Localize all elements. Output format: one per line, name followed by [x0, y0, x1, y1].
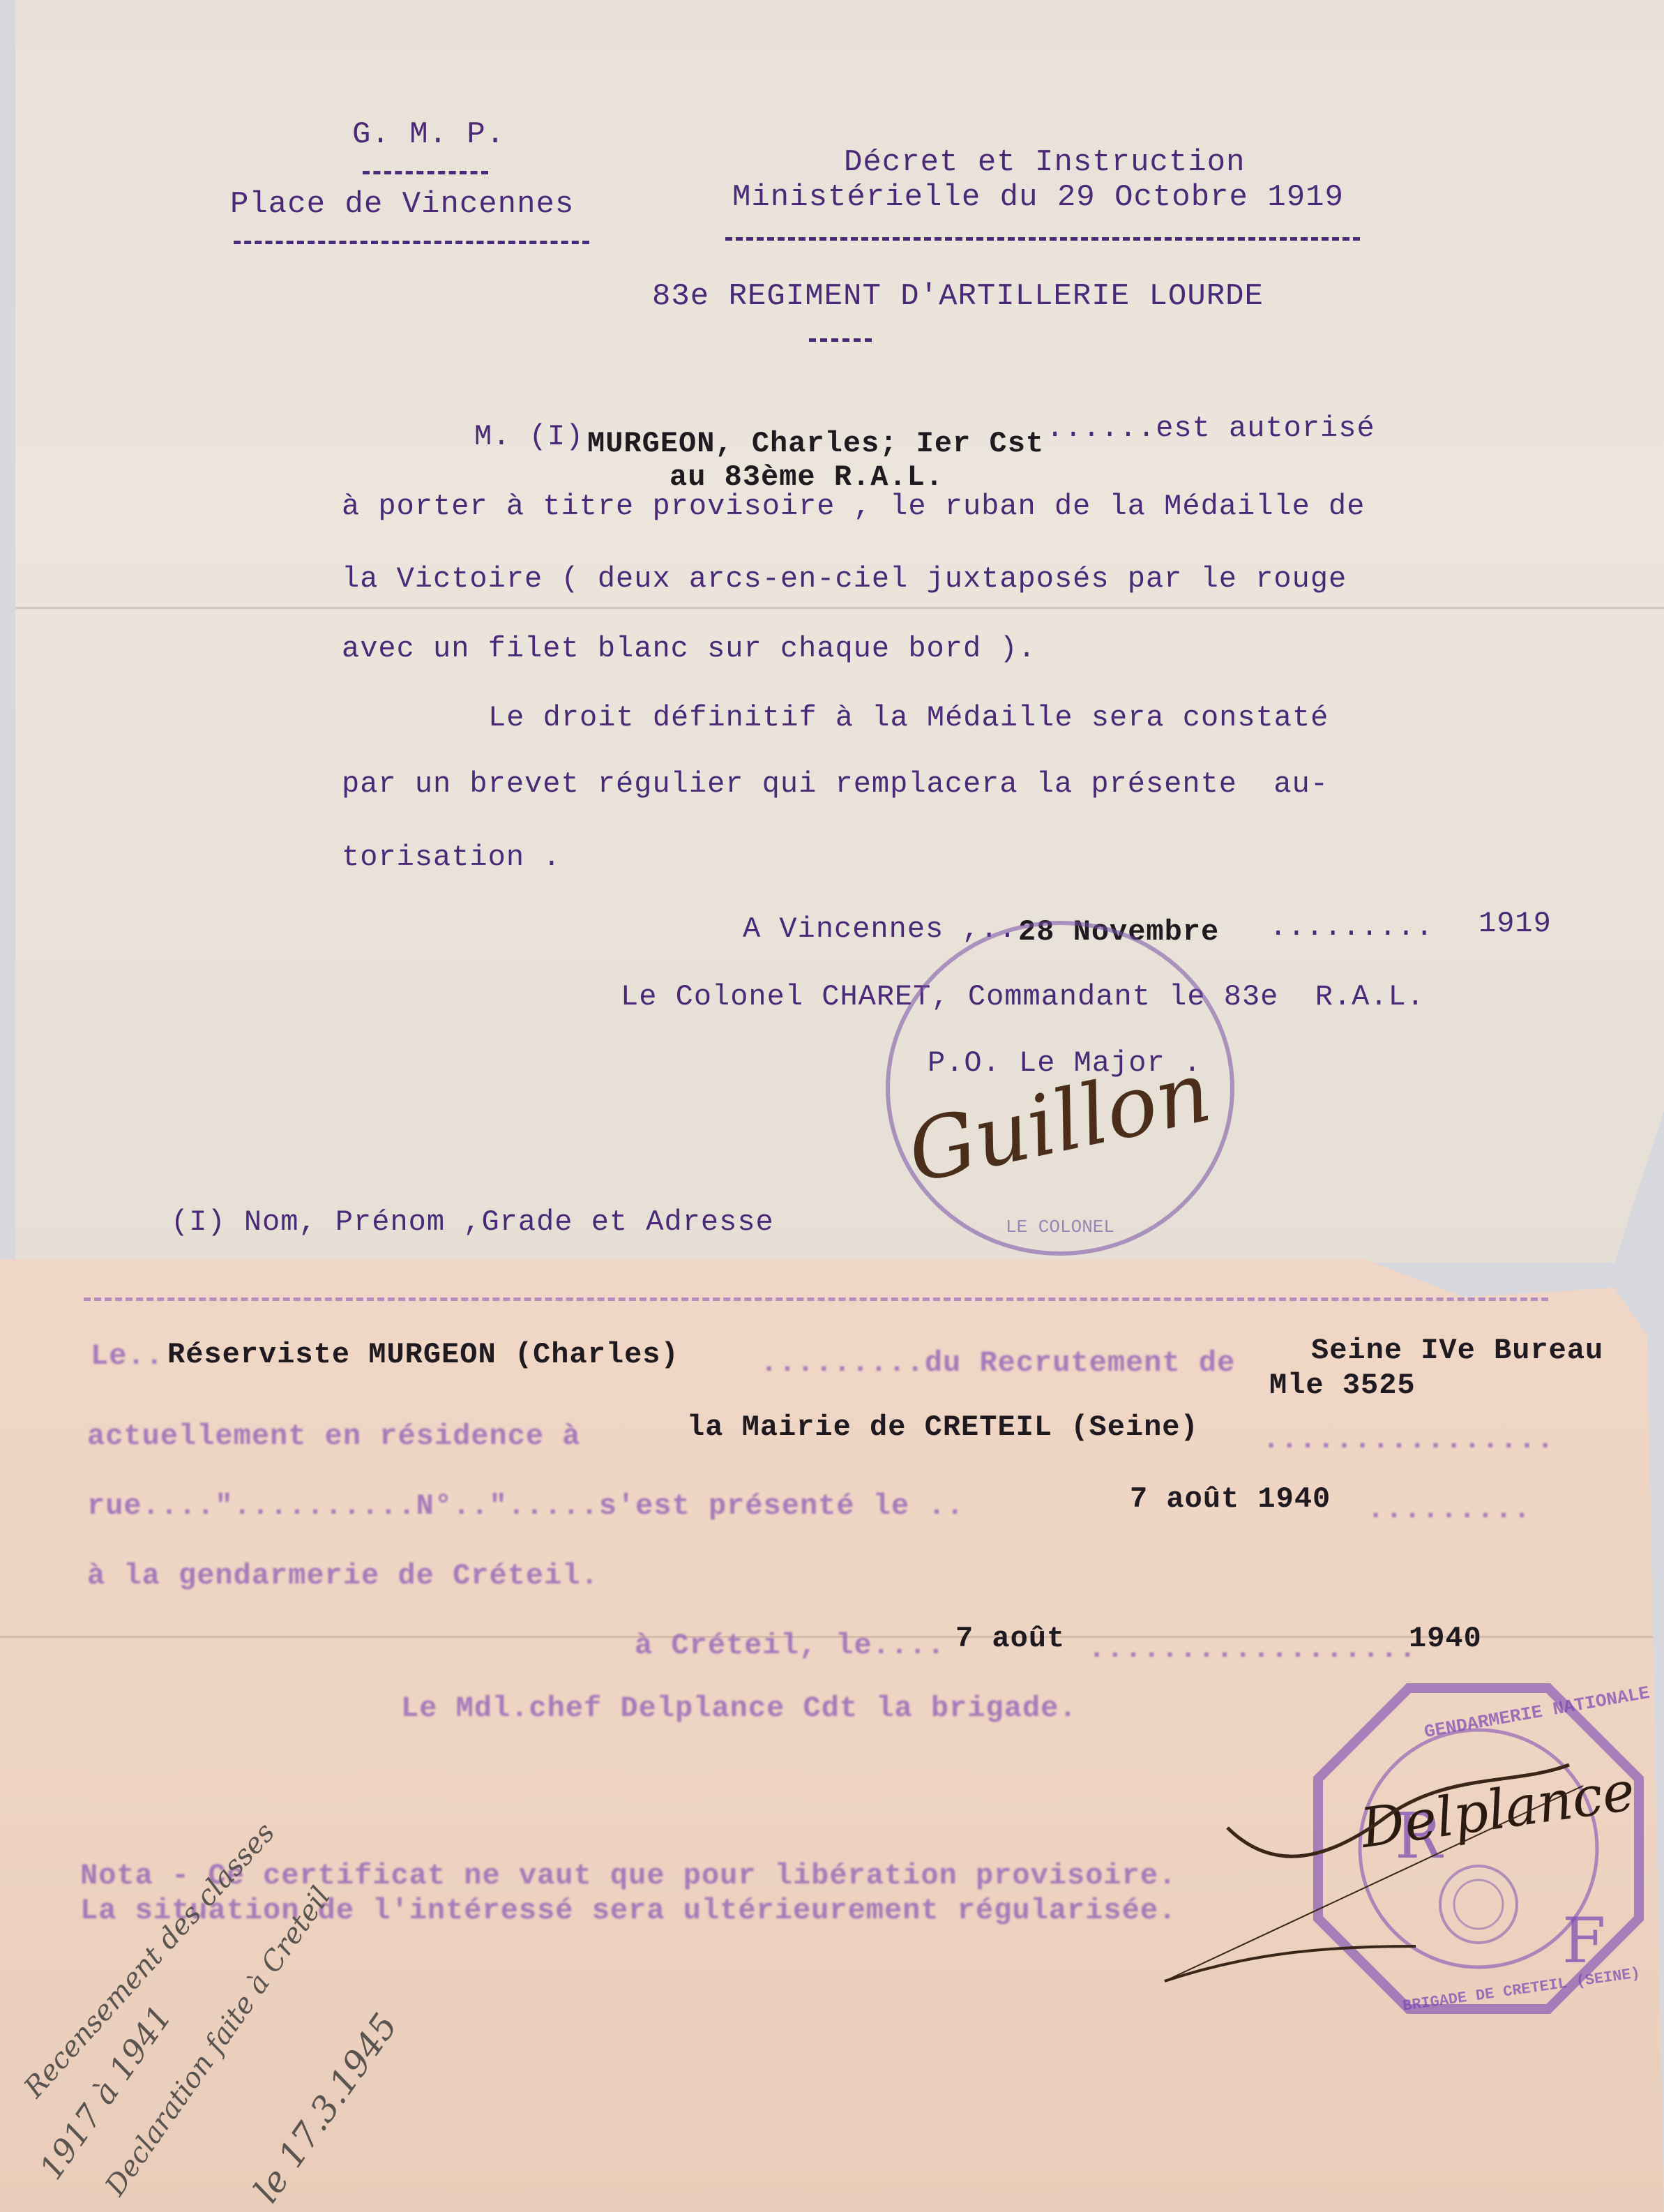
- regiment-underline: [809, 338, 872, 342]
- reservist-name: Réserviste MURGEON (Charles): [167, 1338, 679, 1371]
- recipient-unit: au 83ème R.A.L.: [670, 460, 944, 494]
- recipient-name: MURGEON, Charles; Ier Cst: [587, 427, 1044, 460]
- nota-line-2: La situation de l'intéressé sera ultérie…: [80, 1894, 1177, 1927]
- residence-dots: ................: [1262, 1423, 1555, 1457]
- body-line-6: par un brevet régulier qui remplacera la…: [342, 767, 1329, 801]
- header-decree: Décret et Instruction: [844, 145, 1246, 180]
- body-line-3: la Victoire ( deux arcs-en-ciel juxtapos…: [342, 562, 1347, 596]
- signature-flourish: [1151, 1744, 1639, 2023]
- body-line-4: avec un filet blanc sur chaque bord ).: [342, 632, 1036, 665]
- residence-value: la Mairie de CRETEIL (Seine): [687, 1410, 1199, 1444]
- footnote: (I) Nom, Prénom ,Grade et Adresse: [171, 1205, 774, 1239]
- matricule: Mle 3525: [1269, 1369, 1416, 1402]
- stamp-bottom-text: LE COLONEL: [1006, 1217, 1114, 1237]
- header-rule: [84, 1297, 1548, 1301]
- recruitment-office: Seine IVe Bureau: [1311, 1334, 1603, 1367]
- date-dots: .........: [1269, 910, 1434, 944]
- header-gmp: G. M. P.: [352, 117, 505, 152]
- bottom-line1-prefix: Le..: [91, 1339, 164, 1373]
- bottom-date-year: 1940: [1409, 1622, 1482, 1655]
- header-right-underline: [725, 237, 1360, 241]
- body-line-7: torisation .: [342, 841, 561, 874]
- brigade-signatory: Le Mdl.chef Delplance Cdt la brigade.: [401, 1692, 1077, 1725]
- residence-label: actuellement en résidence à: [87, 1420, 581, 1453]
- recruitment-text: .........du Recrutement de: [760, 1346, 1235, 1380]
- recipient-prefix: M. (I): [474, 420, 584, 453]
- bottom-date-dots: ..................: [1088, 1632, 1417, 1666]
- regiment-title: 83e REGIMENT D'ARTILLERIE LOURDE: [652, 279, 1264, 314]
- presented-dots: .........: [1367, 1493, 1531, 1526]
- presented-date: 7 août 1940: [1130, 1482, 1331, 1516]
- authorized-text: ......est autorisé: [1046, 412, 1375, 445]
- body-line-2: à porter à titre provisoire , le ruban d…: [342, 490, 1365, 523]
- gendarmerie-location: à la gendarmerie de Créteil.: [87, 1559, 599, 1593]
- street-line: rue...."..........N°..".....s'est présen…: [87, 1489, 965, 1523]
- paper-fold: [15, 607, 1664, 609]
- header-left-underline-1: [363, 171, 488, 174]
- header-left-underline-2: [234, 241, 589, 244]
- bottom-date-typed: 7 août: [955, 1622, 1065, 1655]
- header-place: Place de Vincennes: [230, 187, 574, 222]
- header-ministerial-date: Ministérielle du 29 Octobre 1919: [732, 180, 1344, 215]
- body-line-5: Le droit définitif à la Médaille sera co…: [488, 701, 1329, 735]
- bottom-date-prefix: à Créteil, le....: [635, 1629, 945, 1662]
- date-year: 1919: [1478, 907, 1552, 940]
